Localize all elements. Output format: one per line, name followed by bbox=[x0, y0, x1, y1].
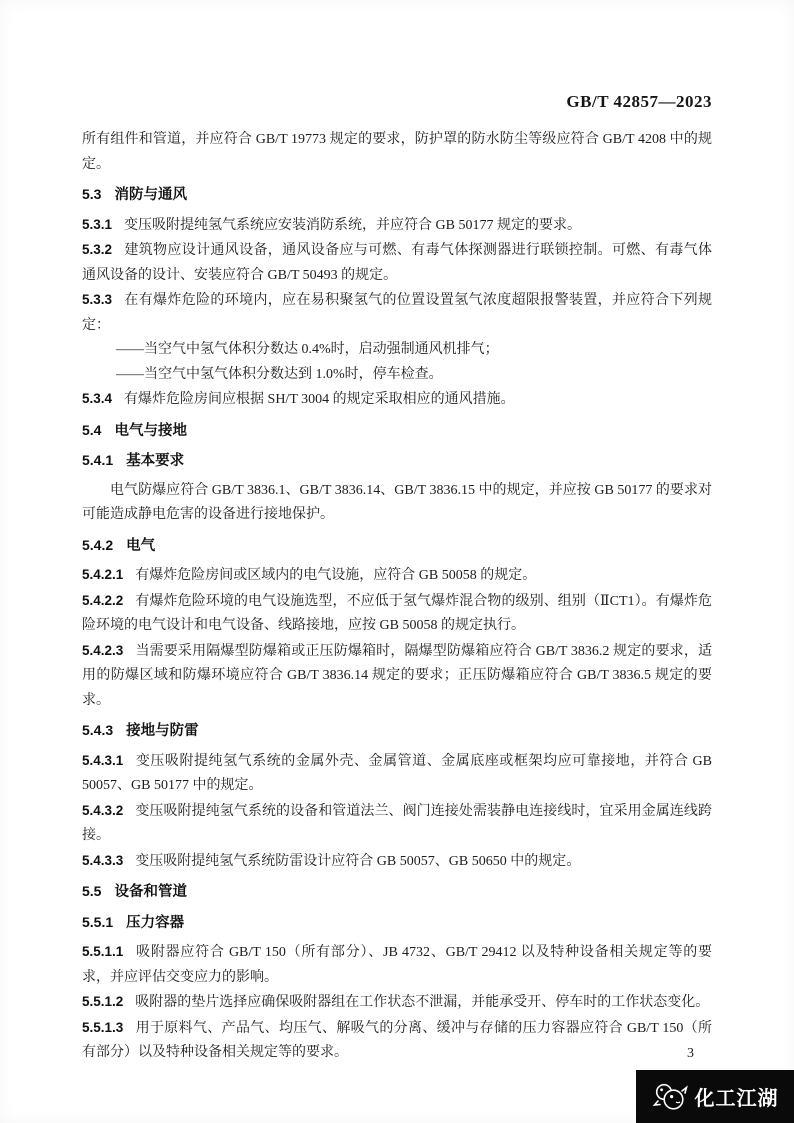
dash-item: ——当空气中氢气体积分数达到 1.0%时，停车检查。 bbox=[82, 363, 712, 388]
clause-number: 5.4.2.2 bbox=[82, 593, 123, 608]
section-heading: 5.4电气与接地 bbox=[82, 418, 712, 444]
clause-number: 5.4.2.1 bbox=[82, 567, 123, 582]
two-fish-icon bbox=[652, 1082, 688, 1112]
section-heading: 5.5.1压力容器 bbox=[82, 910, 712, 936]
watermark-badge: 化工江湖 bbox=[636, 1070, 794, 1123]
clause-number: 5.4.3 bbox=[82, 722, 113, 738]
standard-number-header: GB/T 42857—2023 bbox=[566, 92, 712, 112]
clause-paragraph: 5.3.3在有爆炸危险的环境内，应在易积聚氢气的位置设置氢气浓度超限报警装置，并… bbox=[82, 288, 712, 338]
clause-paragraph: 5.5.1.2吸附器的垫片选择应确保吸附器组在工作状态不泄漏，并能承受开、停车时… bbox=[82, 990, 712, 1016]
clause-number: 5.4.3.1 bbox=[82, 753, 123, 768]
dash-item: ——当空气中氢气体积分数达 0.4%时，启动强制通风机排气； bbox=[82, 338, 712, 363]
clause-number: 5.3 bbox=[82, 186, 101, 202]
clause-number: 5.5.1.3 bbox=[82, 1020, 123, 1035]
clause-number: 5.5 bbox=[82, 883, 101, 899]
clause-paragraph: 5.5.1.1吸附器应符合 GB/T 150（所有部分）、JB 4732、GB/… bbox=[82, 940, 712, 990]
paragraph: 电气防爆应符合 GB/T 3836.1、GB/T 3836.14、GB/T 38… bbox=[82, 479, 712, 528]
clause-paragraph: 5.4.3.1变压吸附提纯氢气系统的金属外壳、金属管道、金属底座或框架均应可靠接… bbox=[82, 749, 712, 799]
clause-number: 5.4.1 bbox=[82, 452, 113, 468]
clause-paragraph: 5.5.1.3用于原料气、产品气、均压气、解吸气的分离、缓冲与存储的压力容器应符… bbox=[82, 1016, 712, 1066]
clause-number: 5.4 bbox=[82, 422, 101, 438]
clause-number: 5.4.2.3 bbox=[82, 643, 123, 658]
clause-number: 5.3.2 bbox=[82, 242, 112, 257]
section-heading: 5.4.2电气 bbox=[82, 533, 712, 559]
clause-number: 5.4.3.2 bbox=[82, 803, 123, 818]
clause-number: 5.3.1 bbox=[82, 217, 112, 232]
clause-number: 5.4.3.3 bbox=[82, 853, 123, 868]
clause-paragraph: 5.3.4有爆炸危险房间应根据 SH/T 3004 的规定采取相应的通风措施。 bbox=[82, 387, 712, 413]
clause-paragraph: 5.4.3.2变压吸附提纯氢气系统的设备和管道法兰、阀门连接处需装静电连接线时，… bbox=[82, 799, 712, 849]
section-heading: 5.3消防与通风 bbox=[82, 182, 712, 208]
clause-paragraph: 5.4.2.2有爆炸危险环境的电气设施选型，不应低于氢气爆炸混合物的级别、组别（… bbox=[82, 589, 712, 639]
document-body: 所有组件和管道，并应符合 GB/T 19773 规定的要求，防护罩的防水防尘等级… bbox=[82, 128, 712, 1066]
clause-paragraph: 5.3.1变压吸附提纯氢气系统应安装消防系统，并应符合 GB 50177 规定的… bbox=[82, 213, 712, 239]
clause-number: 5.5.1.2 bbox=[82, 994, 123, 1009]
document-page: GB/T 42857—2023 所有组件和管道，并应符合 GB/T 19773 … bbox=[0, 0, 794, 1123]
clause-paragraph: 5.4.2.1有爆炸危险房间或区域内的电气设施，应符合 GB 50058 的规定… bbox=[82, 563, 712, 589]
section-heading: 5.4.3接地与防雷 bbox=[82, 718, 712, 744]
page-number: 3 bbox=[687, 1046, 694, 1062]
clause-paragraph: 5.4.2.3当需要采用隔爆型防爆箱或正压防爆箱时，隔爆型防爆箱应符合 GB/T… bbox=[82, 639, 712, 714]
clause-paragraph: 5.3.2建筑物应设计通风设备，通风设备应与可燃、有毒气体探测器进行联锁控制。可… bbox=[82, 238, 712, 288]
clause-number: 5.5.1 bbox=[82, 914, 113, 930]
watermark-label: 化工江湖 bbox=[695, 1082, 779, 1111]
clause-number: 5.4.2 bbox=[82, 537, 113, 553]
section-heading: 5.5设备和管道 bbox=[82, 879, 712, 905]
clause-number: 5.5.1.1 bbox=[82, 944, 123, 959]
clause-number: 5.3.3 bbox=[82, 292, 112, 307]
paragraph: 所有组件和管道，并应符合 GB/T 19773 规定的要求，防护罩的防水防尘等级… bbox=[82, 128, 712, 177]
clause-number: 5.3.4 bbox=[82, 391, 112, 406]
clause-paragraph: 5.4.3.3变压吸附提纯氢气系统防雷设计应符合 GB 50057、GB 506… bbox=[82, 849, 712, 875]
section-heading: 5.4.1基本要求 bbox=[82, 448, 712, 474]
